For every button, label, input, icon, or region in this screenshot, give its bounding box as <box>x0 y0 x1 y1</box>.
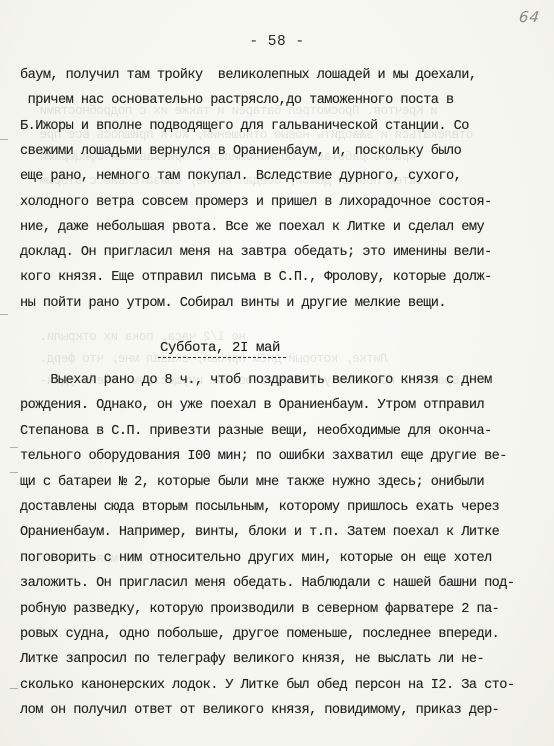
text-line: Б.Ижоры и вполне подводящего для гальван… <box>20 119 469 134</box>
text-line: доклад. Он пригласил меня на завтра обед… <box>20 245 492 260</box>
text-line: робную разведку, которую производили в с… <box>20 602 499 617</box>
heading-underline <box>158 357 286 358</box>
text-line: доставлены сюда вторым посыльным, которо… <box>20 500 499 515</box>
text-line: баум, получил там тройку великолепных ло… <box>20 68 476 83</box>
document-page: и Кречтов. Просмотрел батареи и также их… <box>0 0 554 746</box>
margin-mark <box>10 688 18 689</box>
page-number: - 58 - <box>0 34 554 50</box>
margin-mark <box>0 314 8 315</box>
text-line: холодного ветра совсем промерз и пришел … <box>20 195 492 210</box>
text-line: причем нас основательно растрясло,до там… <box>20 93 454 108</box>
text-line: еще рано, немного там покупал. Вследстви… <box>20 169 461 184</box>
text-line: кого князя. Еще отправил письма в С.П., … <box>20 270 492 285</box>
text-line: Литке запросил по телеграфу великого кня… <box>20 652 484 667</box>
text-line: рождения. Однако, он уже поехал в Орание… <box>20 398 484 413</box>
text-line: ны пойти рано утром. Собирал винты и дру… <box>20 296 446 311</box>
text-line: поговорить с ним относительно других мин… <box>20 551 492 566</box>
margin-mark <box>0 139 8 140</box>
text-line: тельного оборудования I00 мин; по ошибки… <box>20 449 507 464</box>
text-line: заложить. Он пригласил меня обедать. Наб… <box>20 576 515 591</box>
text-line: ние, даже небольшая рвота. Все же поехал… <box>20 220 484 235</box>
text-line: ровых судна, одно побольше, другое помен… <box>20 627 499 642</box>
date-heading: Суббота, 2I май <box>160 340 280 356</box>
text-line: свежими лошадьми вернулся в Ораниенбаум,… <box>20 144 461 159</box>
margin-mark <box>10 472 18 473</box>
archive-folio-number: 64 <box>518 8 541 26</box>
margin-mark <box>10 447 18 448</box>
text-line: Ораниенбаум. Например, винты, блоки и т.… <box>20 525 499 540</box>
text-line: сколько канонерских лодок. У Литке был о… <box>20 678 515 693</box>
text-line: Выехал рано до 8 ч., чтоб поздравить вел… <box>20 373 492 388</box>
text-line: Степанова в С.П. привезти разные вещи, н… <box>20 424 492 439</box>
text-line: лом он получил ответ от великого князя, … <box>20 703 499 718</box>
text-line: щи с батареи № 2, которые были мне также… <box>20 475 484 490</box>
